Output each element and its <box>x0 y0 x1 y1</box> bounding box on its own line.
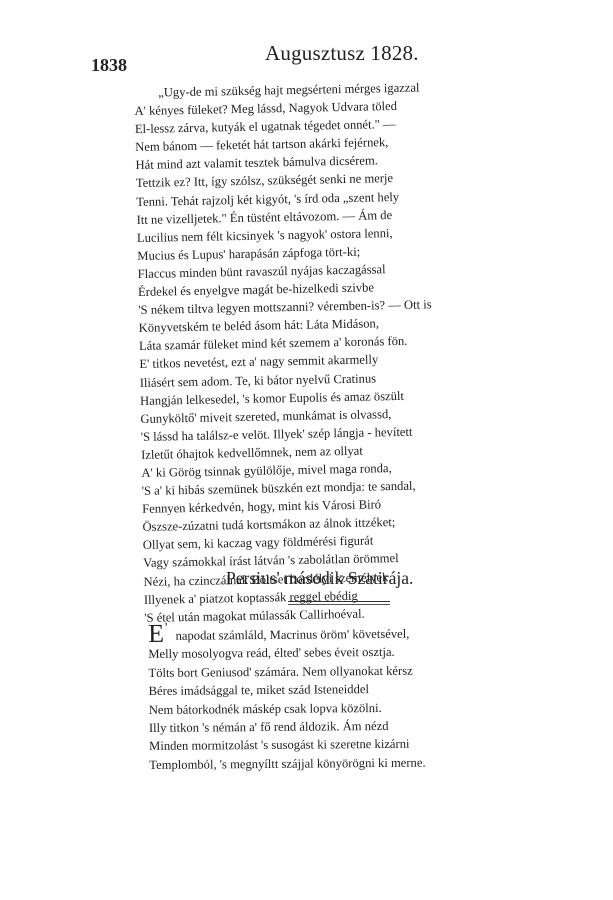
drop-cap-apostrophe: ' <box>165 621 168 636</box>
running-head: Augusztusz 1828. <box>265 41 419 66</box>
drop-cap: E <box>148 619 164 648</box>
verse-line: Templomból, 's megnyíltt szájjal könyörö… <box>149 752 549 774</box>
persius-satire-two: E'napodat számláld, Macrinus öröm' követ… <box>148 617 549 775</box>
poem-continuation: „Ugy-de mi szükség hajt megsérteni mérge… <box>134 76 544 626</box>
page-number: 1838 <box>91 55 127 76</box>
verse-text: napodat számláld, Macrinus öröm' követsé… <box>175 627 409 643</box>
section-title: Persius' második Szatirája. <box>226 568 413 589</box>
verse-line-first: E'napodat számláld, Macrinus öröm' követ… <box>148 617 548 646</box>
scanned-book-page: 1838 Augusztusz 1828. „Ugy-de mi szükség… <box>0 0 613 900</box>
title-double-rule <box>288 601 390 605</box>
